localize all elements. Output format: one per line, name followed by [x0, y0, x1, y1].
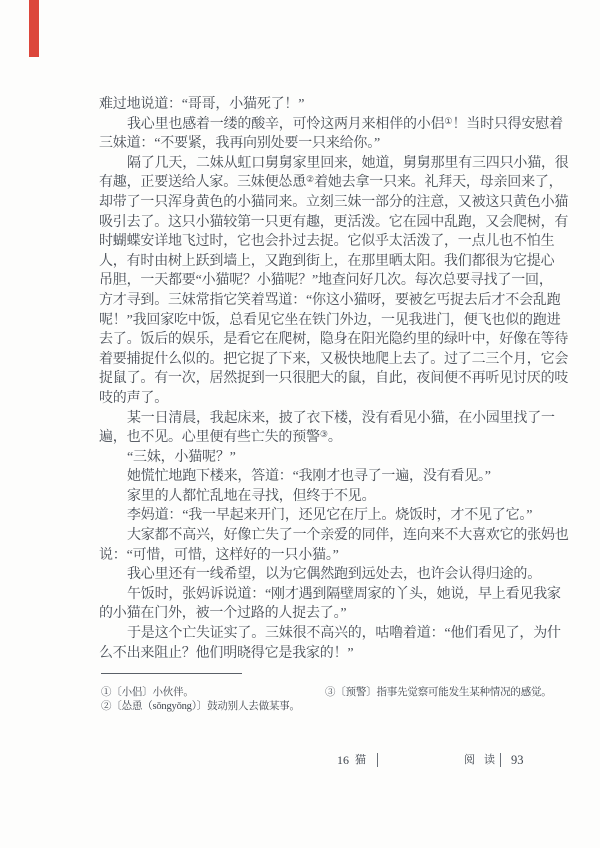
text-line: 时蝴蝶安详地飞过时，它也会扑过去捉。它似乎太活泼了，一点儿也不怕生: [99, 232, 569, 252]
section-label: 阅读: [464, 752, 504, 768]
footnote-separator: [101, 673, 242, 674]
text-line: 的小猫在门外，被一个过路的人捉去了。”: [99, 604, 569, 624]
text-line: 三妹道：“不要紧，我再向别处要一只来给你。”: [99, 134, 569, 154]
text-line: 人，有时由树上跃到墙上，又跑到街上，在那里晒太阳。我们都很为它提心: [99, 252, 569, 272]
text-line: 么不出来阻止？他们明晓得它是我家的！”: [99, 644, 569, 664]
text-line: 遍，也不见。心里便有些亡失的预警③。: [99, 428, 569, 448]
text-line: 着要捕捉什么似的。把它捉了下来，又极快地爬上去了。过了二三个月，它会: [99, 350, 569, 370]
text-line: 家里的人都忙乱地在寻找，但终于不见。: [99, 487, 569, 507]
lesson-title: 猫: [355, 752, 368, 768]
footnotes-right-column: ③〔预警〕指事先觉察可能发生某种情况的感觉。: [325, 686, 552, 700]
text-line: 她慌忙地跑下楼来，答道：“我刚才也寻了一遍，没有看见。”: [99, 467, 569, 487]
text-line: 某一日清晨，我起床来，披了衣下楼，没有看见小猫，在小园里找了一: [99, 409, 569, 429]
textbook-page: 难过地说道：“哥哥，小猫死了！”我心里也感着一缕的酸辛，可怜这两月来相伴的小侣①…: [0, 0, 600, 848]
lesson-number: 16: [337, 752, 349, 768]
text-line: 吱的声了。: [99, 389, 569, 409]
text-line: 方才寻到。三妹常指它笑着骂道：“你这小猫呀，要被乞丐捉去后才不会乱跑: [99, 291, 569, 311]
text-line: 我心里还有一线希望，以为它偶然跑到远处去，也许会认得归途的。: [99, 565, 569, 585]
text-line: 捉鼠了。有一次，居然捉到一只很肥大的鼠，自此，夜间便不再听见讨厌的吱: [99, 369, 569, 389]
text-line: 吸引去了。这只小猫较第一只更有趣，更活泼。它在园中乱跑，又会爬树，有: [99, 213, 569, 233]
text-line: 午饭时，张妈诉说道：“刚才遇到隔壁周家的丫头，她说，早上看见我家: [99, 585, 569, 605]
text-line: 李妈道：“我一早起来开门，还见它在厅上。烧饭时，才不见了它。”: [99, 506, 569, 526]
footnotes-left-column: ①〔小侣〕小伙伴。②〔怂恿（sǒngyǒng）〕鼓动别人去做某事。: [101, 686, 300, 714]
text-line: 呢！”我回家吃中饭，总看见它坐在铁门外边，一见我进门，便飞也似的跑进: [99, 311, 569, 331]
text-line: 去了。饭后的娱乐，是看它在爬树，隐身在阳光隐约里的绿叶中，好像在等待: [99, 330, 569, 350]
text-line: 却带了一只浑身黄色的小猫同来。立刻三妹一部分的注意，又被这只黄色小猫: [99, 193, 569, 213]
text-line: 我心里也感着一缕的酸辛，可怜这两月来相伴的小侣①！当时只得安慰着: [99, 115, 569, 135]
text-line: 有趣，正要送给人家。三妹便怂恿②着她去拿一只来。礼拜天，母亲回来了，: [99, 173, 569, 193]
footer-divider: [500, 753, 501, 767]
footnote-ref: ①: [444, 116, 452, 126]
footnote-ref: ③: [320, 429, 328, 439]
footnote-item: ③〔预警〕指事先觉察可能发生某种情况的感觉。: [325, 686, 552, 700]
unit-tab-marker: [29, 0, 39, 57]
text-line: 大家都不高兴，好像亡失了一个亲爱的同伴，连向来不大喜欢它的张妈也: [99, 526, 569, 546]
text-line: “三妹，小猫呢？”: [99, 448, 569, 468]
text-line: 说：“可惜，可惜，这样好的一只小猫。”: [99, 546, 569, 566]
page-footer: 16 猫 阅读 93: [0, 752, 600, 772]
footnote-ref: ②: [306, 174, 314, 184]
text-line: 于是这个亡失证实了。三妹很不高兴的，咕噜着道：“他们看见了，为什: [99, 624, 569, 644]
lesson-body-text: 难过地说道：“哥哥，小猫死了！”我心里也感着一缕的酸辛，可怜这两月来相伴的小侣①…: [99, 95, 569, 663]
footnote-item: ②〔怂恿（sǒngyǒng）〕鼓动别人去做某事。: [101, 700, 300, 714]
text-line: 难过地说道：“哥哥，小猫死了！”: [99, 95, 569, 115]
page-number: 93: [511, 752, 524, 768]
footnote-item: ①〔小侣〕小伙伴。: [101, 686, 300, 700]
text-line: 吊胆，一天都要“小猫呢？小猫呢？”地查问好几次。每次总要寻找了一回，: [99, 271, 569, 291]
text-line: 隔了几天，二妹从虹口舅舅家里回来，她道，舅舅那里有三四只小猫，很: [99, 154, 569, 174]
footer-divider: [377, 753, 378, 767]
